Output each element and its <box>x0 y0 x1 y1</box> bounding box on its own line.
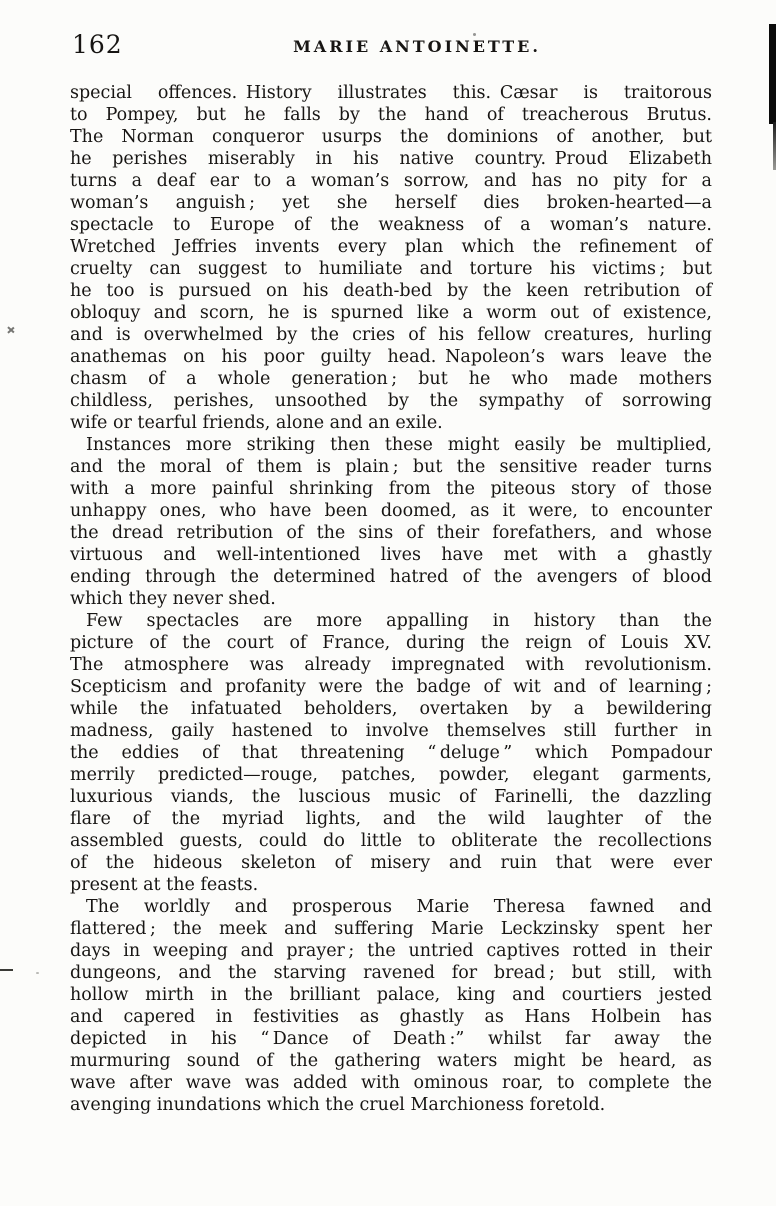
paragraph: Instances more striking then these might… <box>70 434 712 610</box>
text-line: unhappy ones, who have been doomed, as i… <box>70 500 712 522</box>
text-line: anathemas on his poor guilty head. Napol… <box>70 346 712 368</box>
text-line: The atmosphere was already impregnated w… <box>70 654 712 676</box>
text-line: special offences. History illustrates th… <box>70 82 712 104</box>
text-line: flare of the myriad lights, and the wild… <box>70 808 712 830</box>
text-line: he too is pursued on his death-bed by th… <box>70 280 712 302</box>
scan-artifact-bar <box>769 24 776 124</box>
text-line: wife or tearful friends, alone and an ex… <box>70 412 712 434</box>
text-line: Instances more striking then these might… <box>70 434 712 456</box>
scan-speck <box>36 972 39 974</box>
paragraph: special offences. History illustrates th… <box>70 82 712 434</box>
text-line: assembled guests, could do little to obl… <box>70 830 712 852</box>
running-header: MARIE ANTOINETTE. <box>86 37 748 56</box>
text-line: woman’s anguish ; yet she herself dies b… <box>70 192 712 214</box>
text-line: and is overwhelmed by the cries of his f… <box>70 324 712 346</box>
text-line: madness, gaily hastened to involve thems… <box>70 720 712 742</box>
text-line: and capered in festivities as ghastly as… <box>70 1006 712 1028</box>
text-line: of the hideous skeleton of misery and ru… <box>70 852 712 874</box>
text-line: virtuous and well-intentioned lives have… <box>70 544 712 566</box>
text-line: depicted in his “ Dance of Death :” whil… <box>70 1028 712 1050</box>
text-line: with a more painful shrinking from the p… <box>70 478 712 500</box>
text-line: Scepticism and profanity were the badge … <box>70 676 712 698</box>
text-line: turns a deaf ear to a woman’s sorrow, an… <box>70 170 712 192</box>
text-line: wave after wave was added with ominous r… <box>70 1072 712 1094</box>
text-line: present at the feasts. <box>70 874 712 896</box>
text-line: picture of the court of France, during t… <box>70 632 712 654</box>
scan-speck <box>473 33 476 36</box>
text-line: dungeons, and the starving ravened for b… <box>70 962 712 984</box>
text-line: luxurious viands, the luscious music of … <box>70 786 712 808</box>
margin-asterisk-mark <box>7 326 15 334</box>
text-line: cruelty can suggest to humiliate and tor… <box>70 258 712 280</box>
text-line: murmuring sound of the gathering waters … <box>70 1050 712 1072</box>
page-header: 162 MARIE ANTOINETTE. <box>70 30 732 62</box>
text-line: merrily predicted—rouge, patches, powder… <box>70 764 712 786</box>
text-line: obloquy and scorn, he is spurned like a … <box>70 302 712 324</box>
text-line: hollow mirth in the brilliant palace, ki… <box>70 984 712 1006</box>
text-line: spectacle to Europe of the weakness of a… <box>70 214 712 236</box>
text-line: The worldly and prosperous Marie Theresa… <box>70 896 712 918</box>
text-line: he perishes miserably in his native coun… <box>70 148 712 170</box>
text-line: flattered ; the meek and suffering Marie… <box>70 918 712 940</box>
text-line: Wretched Jeffries invents every plan whi… <box>70 236 712 258</box>
text-line: The Norman conqueror usurps the dominion… <box>70 126 712 148</box>
paragraph: The worldly and prosperous Marie Theresa… <box>70 896 712 1116</box>
margin-dash-mark <box>0 969 13 971</box>
text-line: to Pompey, but he falls by the hand of t… <box>70 104 712 126</box>
text-line: childless, perishes, unsoothed by the sy… <box>70 390 712 412</box>
text-line: the dread retribution of the sins of the… <box>70 522 712 544</box>
text-line: chasm of a whole generation ; but he who… <box>70 368 712 390</box>
text-line: ending through the determined hatred of … <box>70 566 712 588</box>
text-line: which they never shed. <box>70 588 712 610</box>
text-line: Few spectacles are more appalling in his… <box>70 610 712 632</box>
text-line: and the moral of them is plain ; but the… <box>70 456 712 478</box>
page-text: special offences. History illustrates th… <box>70 82 712 1116</box>
text-line: while the infatuated beholders, overtake… <box>70 698 712 720</box>
text-line: avenging inundations which the cruel Mar… <box>70 1094 712 1116</box>
book-page: 162 MARIE ANTOINETTE. special offences. … <box>0 0 776 1206</box>
text-line: the eddies of that threatening “ deluge … <box>70 742 712 764</box>
text-line: days in weeping and prayer ; the untried… <box>70 940 712 962</box>
paragraph: Few spectacles are more appalling in his… <box>70 610 712 896</box>
